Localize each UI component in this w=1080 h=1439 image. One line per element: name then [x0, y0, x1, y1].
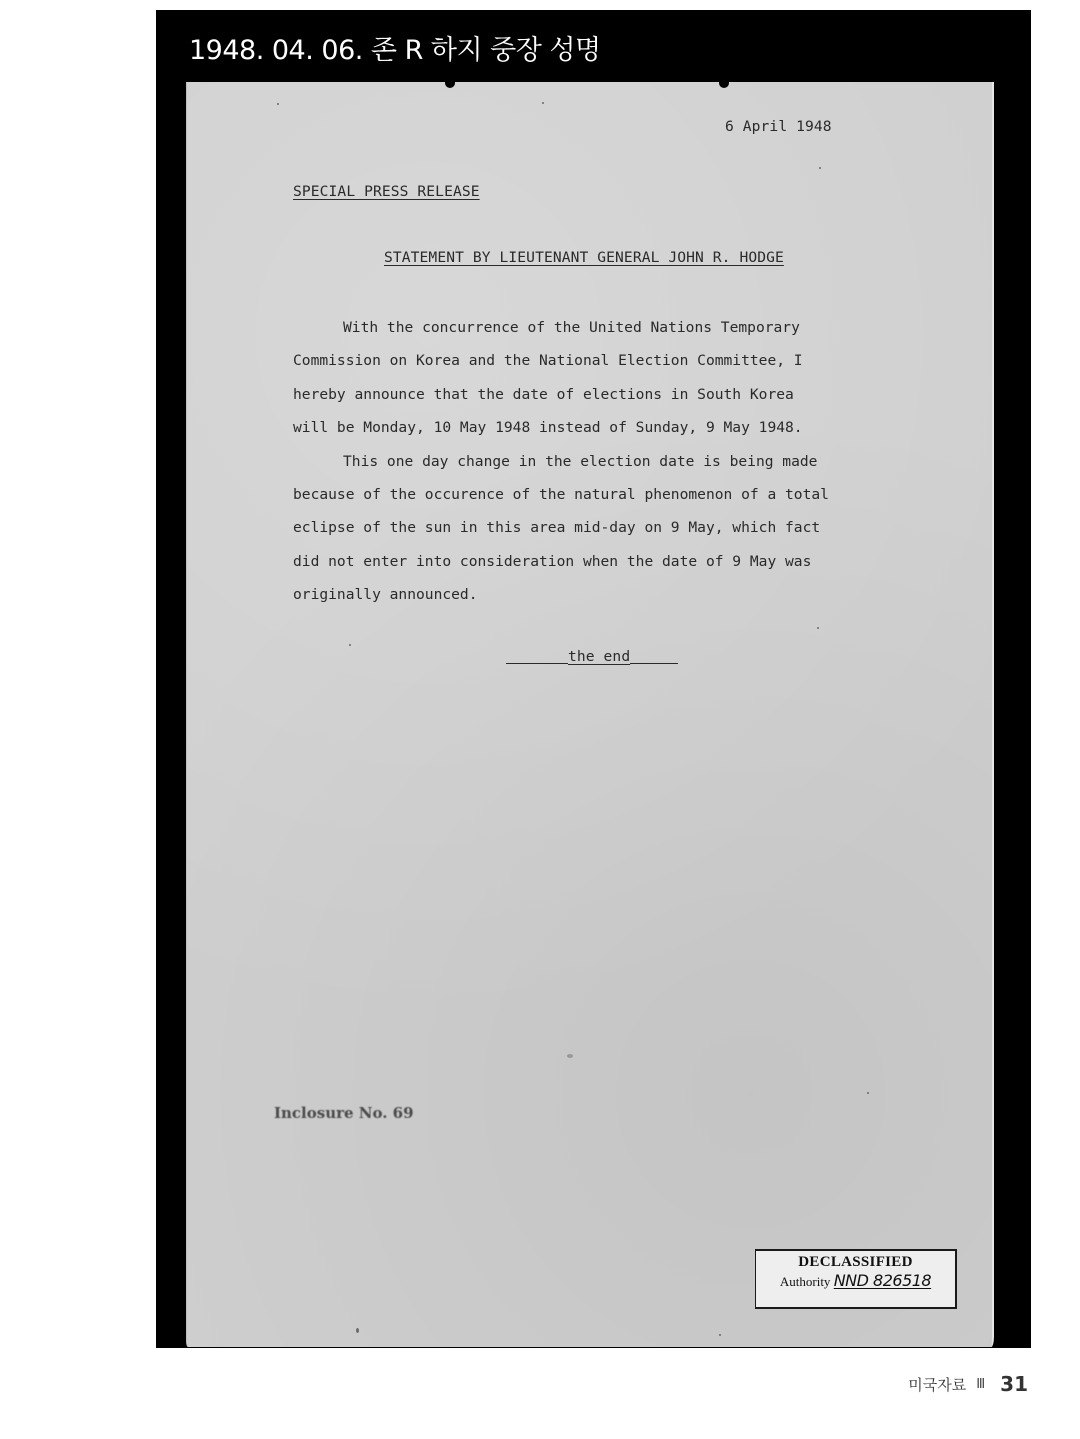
paper-speck: [349, 644, 351, 646]
stamp-authority: Authority NND 826518: [756, 1271, 955, 1290]
body-line: Commission on Korea and the National Ele…: [293, 344, 933, 377]
closing-line: the end: [506, 648, 678, 665]
body-line: because of the occurence of the natural …: [293, 478, 933, 511]
closing-rule-left: [506, 663, 568, 664]
closing-text: the end: [568, 648, 630, 665]
scanned-document: 6 April 1948 SPECIAL PRESS RELEASE STATE…: [186, 82, 994, 1347]
declassified-stamp: DECLASSIFIED Authority NND 826518: [755, 1249, 957, 1309]
paper-notch: [719, 80, 729, 88]
page-footer: 미국자료 Ⅲ 31: [908, 1372, 1028, 1396]
body-line: originally announced.: [293, 578, 933, 611]
stamp-authority-label: Authority: [780, 1274, 831, 1289]
paper-speck: [817, 627, 819, 629]
document-date: 6 April 1948: [725, 118, 832, 135]
page-number: 31: [1000, 1372, 1028, 1396]
stamp-title: DECLASSIFIED: [756, 1254, 955, 1271]
paper-speck: [719, 1334, 721, 1336]
closing-rule-right: [630, 663, 678, 664]
page-title: 1948. 04. 06. 존 R 하지 중장 성명: [189, 28, 601, 67]
footer-section-label: 미국자료: [908, 1374, 966, 1395]
paper-speck: [542, 102, 544, 104]
paper-notch: [445, 80, 455, 88]
paper-speck: [867, 1092, 869, 1094]
paper-speck: [356, 1328, 359, 1333]
body-line: did not enter into consideration when th…: [293, 545, 933, 578]
release-heading: SPECIAL PRESS RELEASE: [293, 183, 480, 200]
inclosure-stamp: Inclosure No. 69: [274, 1104, 414, 1122]
stamp-authority-value: NND 826518: [834, 1271, 931, 1290]
document-frame: 1948. 04. 06. 존 R 하지 중장 성명 6 April 1948 …: [156, 10, 1031, 1348]
paper-speck: [819, 167, 821, 169]
body-line: hereby announce that the date of electio…: [293, 378, 933, 411]
footer-volume: Ⅲ: [976, 1377, 984, 1392]
body-line: This one day change in the election date…: [293, 445, 933, 478]
paper-speck: [567, 1054, 573, 1058]
statement-body: With the concurrence of the United Natio…: [293, 311, 933, 612]
body-line: With the concurrence of the United Natio…: [293, 311, 933, 344]
statement-heading: STATEMENT BY LIEUTENANT GENERAL JOHN R. …: [384, 249, 784, 266]
body-line: eclipse of the sun in this area mid-day …: [293, 511, 933, 544]
body-line: will be Monday, 10 May 1948 instead of S…: [293, 411, 933, 444]
paper-speck: [277, 103, 279, 105]
